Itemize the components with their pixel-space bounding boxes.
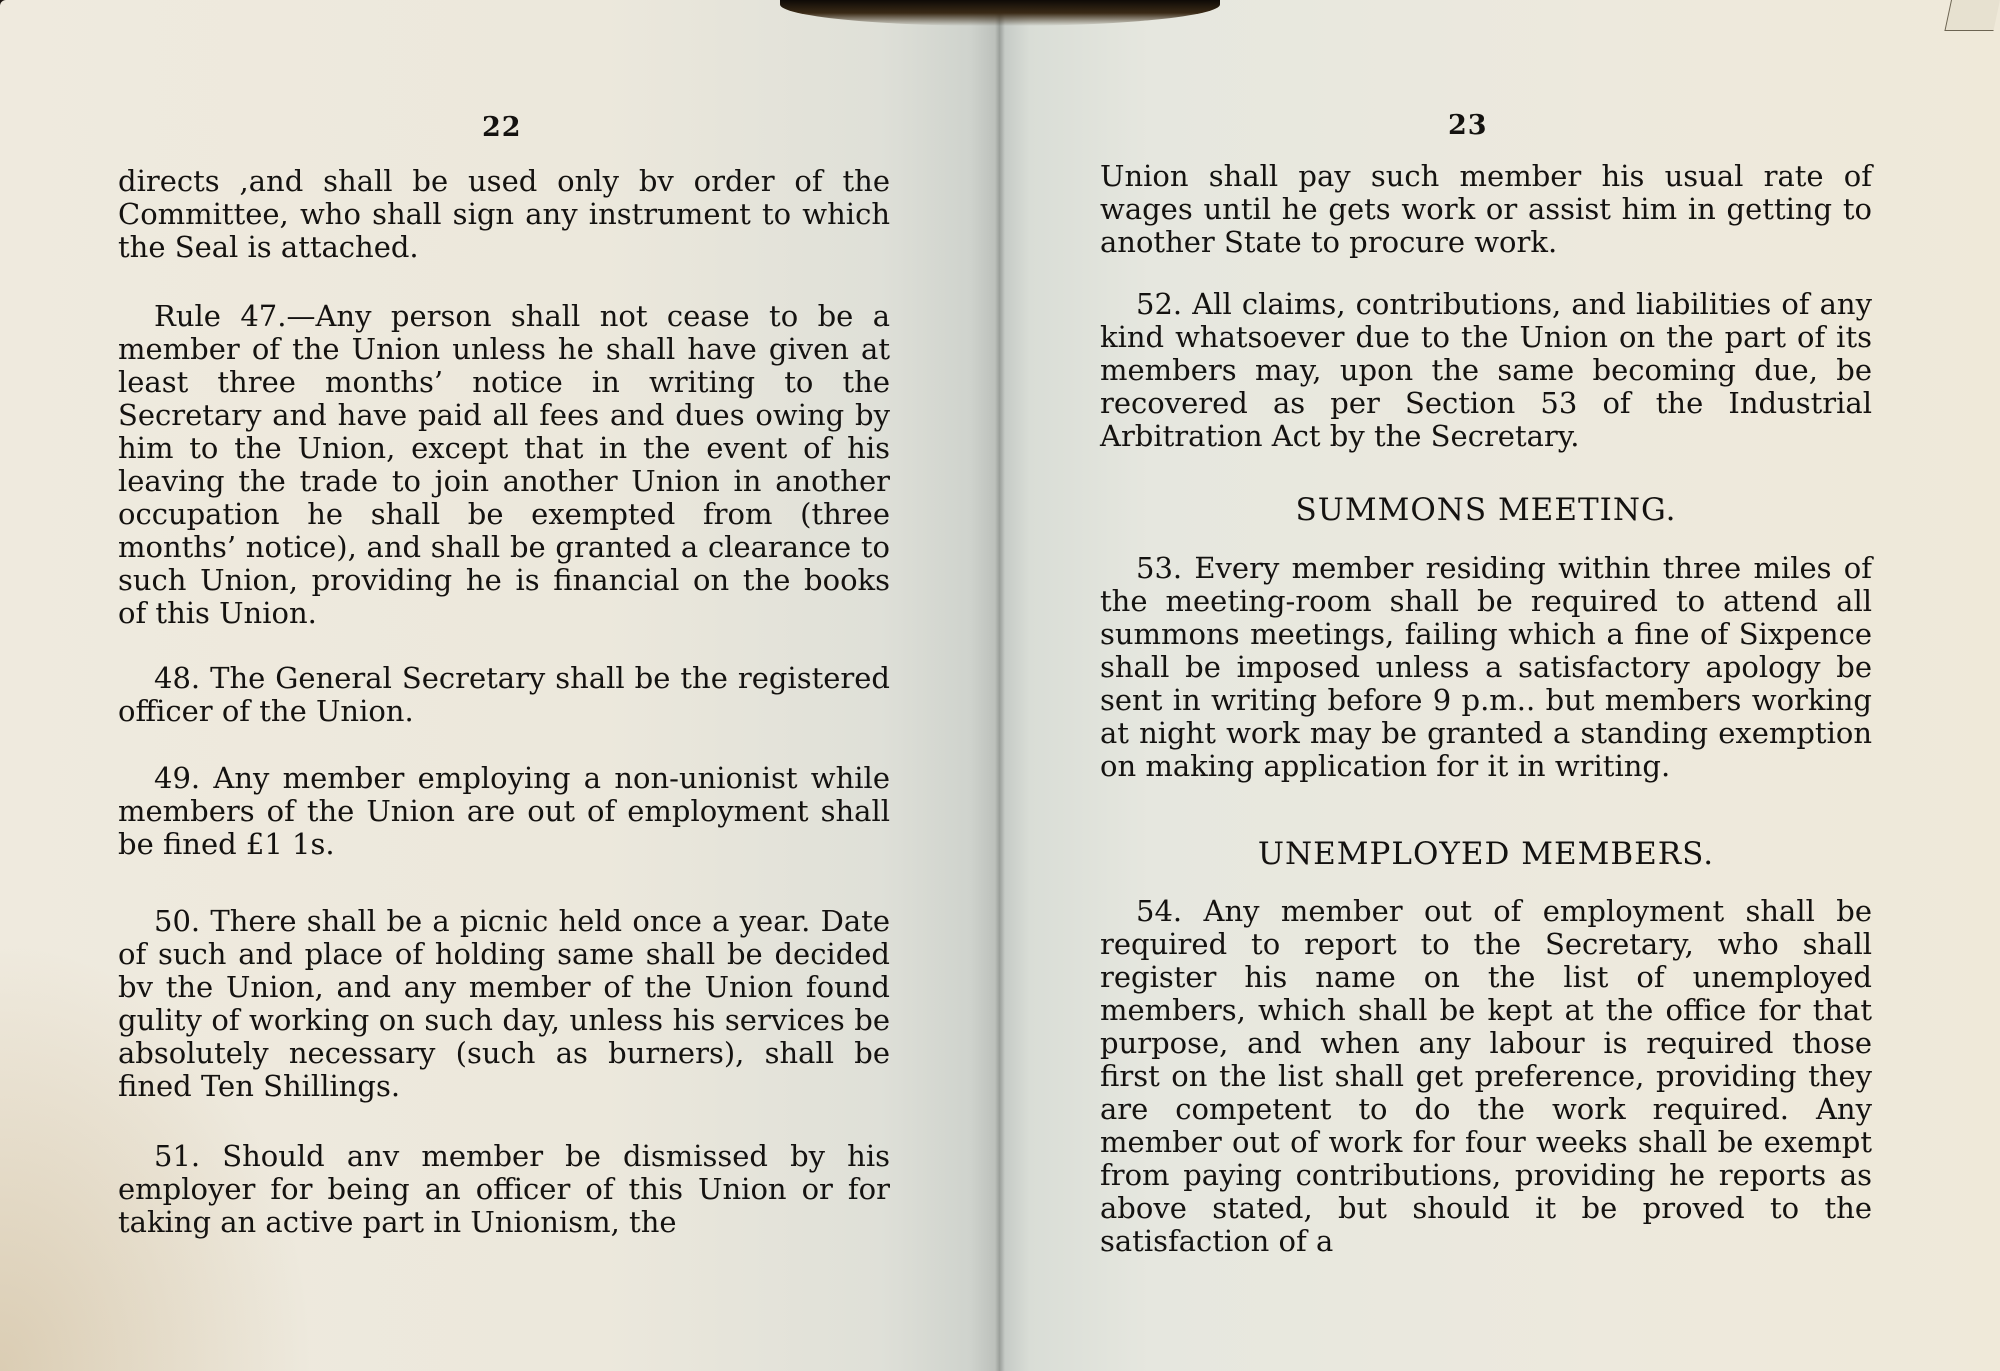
- left-page: 22 directs ,and shall be used only bv or…: [0, 0, 1000, 1371]
- paragraph-text: 50. There shall be a picnic held once a …: [118, 905, 890, 1103]
- book-spread: 22 directs ,and shall be used only bv or…: [0, 0, 2000, 1371]
- paragraph-text: directs ,and shall be used only bv order…: [118, 165, 890, 264]
- paragraph-text: 49. Any member employing a non-unionist …: [118, 762, 890, 861]
- book-gutter: [995, 0, 1005, 1371]
- paragraph-rule-52: 52. All claims, contributions, and liabi…: [1100, 288, 1872, 453]
- paragraph-text: 51. Should anv member be dismissed by hi…: [118, 1140, 890, 1239]
- paragraph-text: 48. The General Secretary shall be the r…: [118, 662, 890, 728]
- paragraph-text: 52. All claims, contributions, and liabi…: [1100, 288, 1872, 453]
- page-number-right: 23: [1448, 110, 1488, 141]
- paragraph-rule-50: 50. There shall be a picnic held once a …: [118, 905, 890, 1103]
- paragraph-rule-48: 48. The General Secretary shall be the r…: [118, 662, 890, 728]
- right-page: 23 Union shall pay such member his usual…: [1000, 0, 2000, 1371]
- paragraph-seal-continued: directs ,and shall be used only bv order…: [118, 165, 890, 264]
- paragraph-text: Rule 47.—Any person shall not cease to b…: [118, 300, 890, 630]
- paragraph-rule-54: 54. Any member out of employment shall b…: [1100, 895, 1872, 1258]
- paragraph-rule-53: 53. Every member residing within three m…: [1100, 552, 1872, 783]
- paragraph-text: Union shall pay such member his usual ra…: [1100, 160, 1872, 259]
- folded-page-corner: [1944, 0, 2000, 31]
- section-heading-unemployed-members: UNEMPLOYED MEMBERS.: [1100, 836, 1872, 872]
- section-heading-summons-meeting: SUMMONS MEETING.: [1100, 492, 1872, 528]
- paragraph-text: 54. Any member out of employment shall b…: [1100, 895, 1872, 1258]
- paragraph-rule-51: 51. Should anv member be dismissed by hi…: [118, 1140, 890, 1239]
- paragraph-rule-47: Rule 47.—Any person shall not cease to b…: [118, 300, 890, 630]
- paragraph-text: 53. Every member residing within three m…: [1100, 552, 1872, 783]
- paragraph-rule-51-continued: Union shall pay such member his usual ra…: [1100, 160, 1872, 259]
- paragraph-rule-49: 49. Any member employing a non-unionist …: [118, 762, 890, 861]
- page-number-left: 22: [482, 112, 522, 143]
